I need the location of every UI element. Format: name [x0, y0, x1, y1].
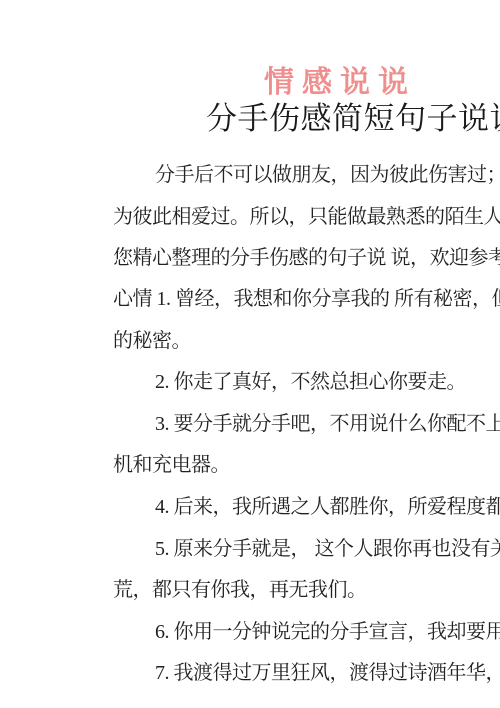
body-line-7: 3. 要分手就分手吧，不用说什么你配不上我还 — [155, 412, 500, 436]
body-line-8: 机和充电器。 — [113, 453, 230, 477]
body-line-1: 分手后不可以做朋友，因为彼此伤害过；分手 — [155, 163, 500, 187]
body-line-9: 4. 后来，我所遇之人都胜你，所爱程度都不及 — [155, 495, 500, 519]
page-title: 分手伤感简短句子说说 — [206, 100, 500, 139]
body-line-3: 您精心整理的分手伤感的句子说 说，欢迎参考！ — [113, 246, 500, 270]
body-line-4: 心情 1. 曾经，我想和你分享我的 所有秘密，但现 — [113, 287, 500, 311]
body-line-11: 荒，都只有你我，再无我们。 — [113, 578, 367, 602]
body-line-10: 5. 原来分手就是， 这个人跟你再也没有关系 — [155, 537, 500, 561]
watermark-text: 情感说说 — [264, 68, 416, 98]
body-line-2: 为彼此相爱过。所以，只能做最熟悉的陌生人。 以 — [113, 205, 500, 229]
body-line-6: 2. 你走了真好，不然总担心你要走。 — [155, 370, 466, 394]
document-page: 情感说说 分手伤感简短句子说说 分手后不可以做朋友，因为彼此伤害过；分手 为彼此… — [0, 0, 500, 708]
body-line-5: 的秘密。 — [113, 329, 191, 353]
body-line-13: 7. 我渡得过万里狂风，渡得过诗酒年华，却渡 — [155, 661, 500, 685]
body-line-12: 6. 你用一分钟说完的分手宣言，我却要用一辈 — [155, 620, 500, 644]
